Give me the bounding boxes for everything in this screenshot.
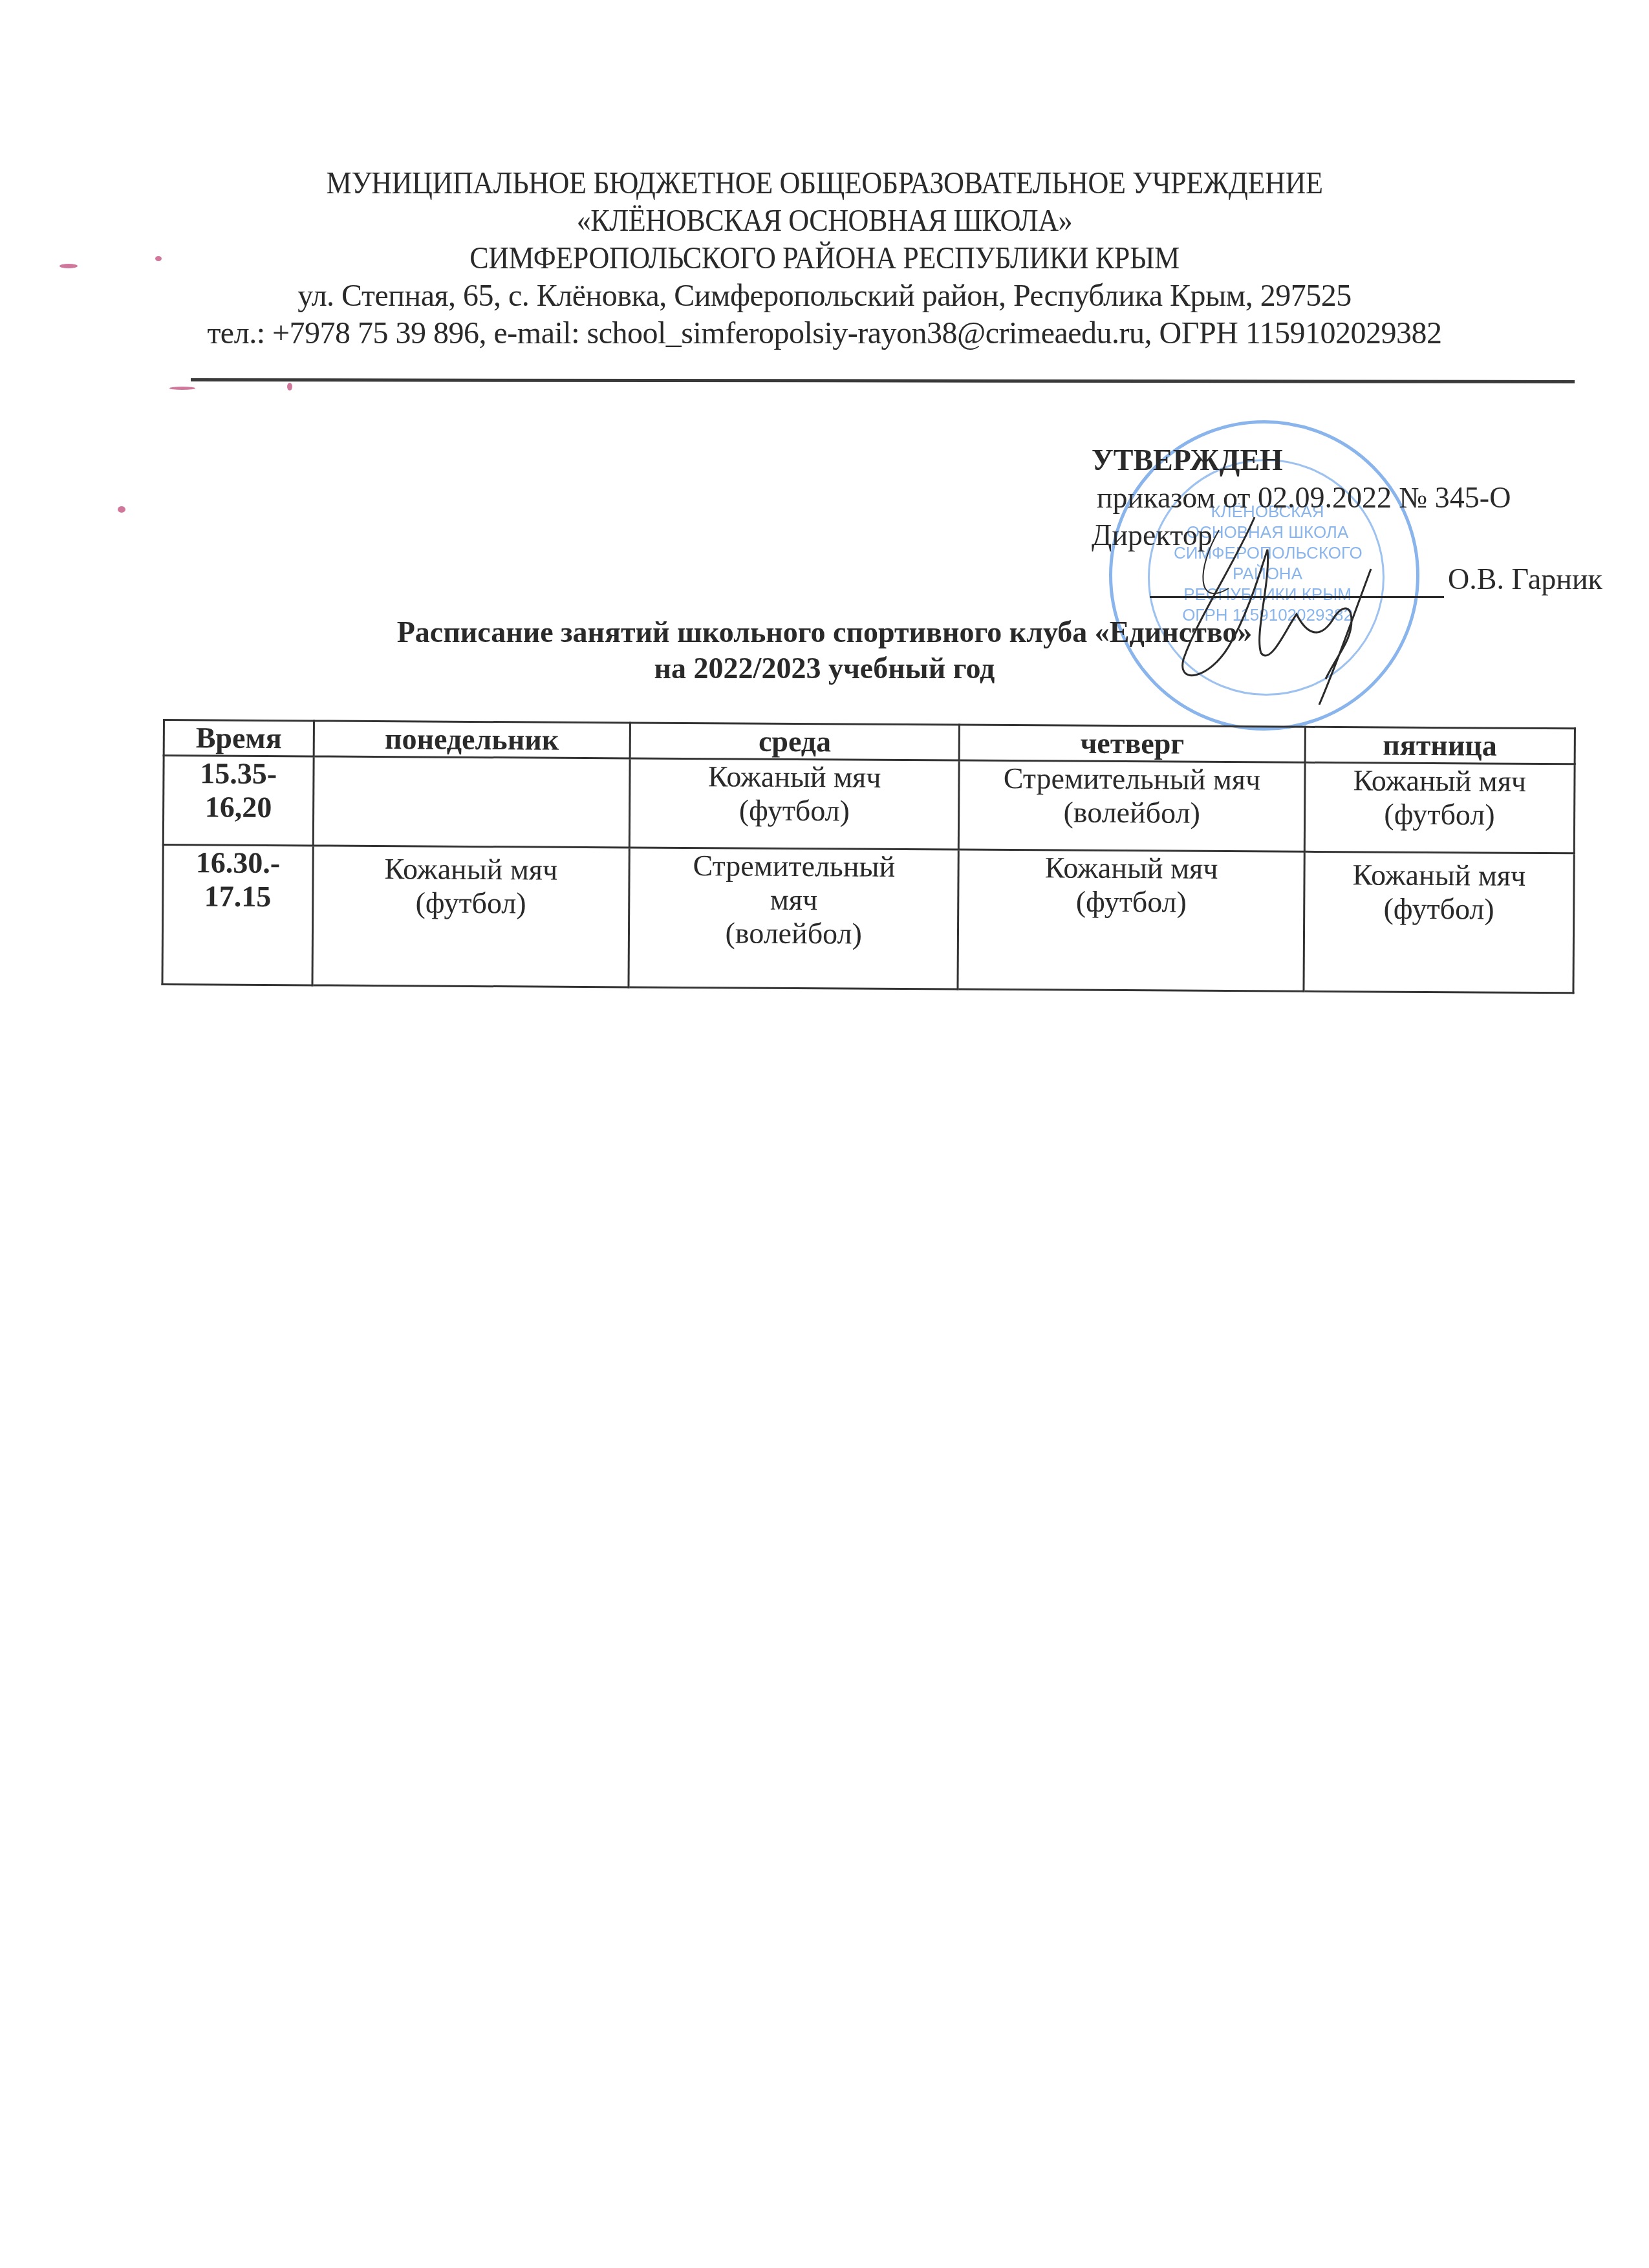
district: СИМФЕРОПОЛЬСКОГО РАЙОНА РЕСПУБЛИКИ КРЫМ: [66, 240, 1583, 277]
scan-speck: [287, 383, 292, 390]
column-header-thursday: четверг: [960, 725, 1306, 762]
table-row: 15.35- 16,20 Кожаный мяч (футбол) Стреми…: [163, 756, 1575, 853]
title-line-2: на 2022/2023 учебный год: [0, 650, 1649, 687]
monday-cell: Кожаный мяч (футбол): [312, 846, 630, 987]
letterhead: МУНИЦИПАЛЬНОЕ БЮДЖЕТНОЕ ОБЩЕОБРАЗОВАТЕЛЬ…: [0, 165, 1649, 352]
friday-cell: Кожаный мяч (футбол): [1304, 762, 1575, 853]
schedule-table: Время понедельник среда четверг пятница …: [161, 719, 1575, 994]
approval-block: УТВЕРЖДЕН приказом от 02.09.2022 № 345-О…: [1092, 442, 1602, 598]
school-name: «КЛЁНОВСКАЯ ОСНОВНАЯ ШКОЛА»: [66, 202, 1583, 240]
institution-type: МУНИЦИПАЛЬНОЕ БЮДЖЕТНОЕ ОБЩЕОБРАЗОВАТЕЛЬ…: [66, 165, 1583, 202]
scan-speck: [169, 387, 195, 390]
column-header-wednesday: среда: [630, 723, 960, 760]
address: ул. Степная, 65, с. Клёновка, Симферопол…: [0, 277, 1649, 315]
thursday-cell: Стремительный мяч (волейбол): [959, 760, 1305, 851]
column-header-time: Время: [164, 720, 314, 756]
approval-position: Директор: [1092, 517, 1602, 554]
header-divider: [191, 378, 1575, 383]
table-row: 16.30.- 17.15 Кожаный мяч (футбол) Стрем…: [162, 845, 1574, 993]
monday-cell: [313, 756, 630, 848]
director-name: О.В. Гарник: [1448, 561, 1602, 598]
wednesday-cell: Кожаный мяч (футбол): [629, 758, 959, 850]
signature-row: О.В. Гарник: [1092, 561, 1602, 598]
column-header-friday: пятница: [1305, 727, 1575, 764]
contacts: тел.: +7978 75 39 896, e-mail: school_si…: [0, 315, 1649, 352]
scan-speck: [118, 506, 125, 513]
title-line-1: Расписание занятий школьного спортивного…: [0, 614, 1649, 650]
thursday-cell: Кожаный мяч (футбол): [958, 850, 1304, 991]
column-header-monday: понедельник: [314, 721, 630, 758]
time-cell: 15.35- 16,20: [163, 756, 314, 846]
document-title: Расписание занятий школьного спортивного…: [0, 614, 1649, 687]
wednesday-cell: Стремительный мяч (волейбол): [629, 848, 959, 989]
approval-order: приказом от 02.09.2022 № 345-О: [1092, 479, 1602, 517]
friday-cell: Кожаный мяч (футбол): [1304, 851, 1575, 993]
approval-title: УТВЕРЖДЕН: [1092, 442, 1602, 479]
signature-line: [1150, 572, 1444, 598]
time-cell: 16.30.- 17.15: [162, 845, 313, 985]
